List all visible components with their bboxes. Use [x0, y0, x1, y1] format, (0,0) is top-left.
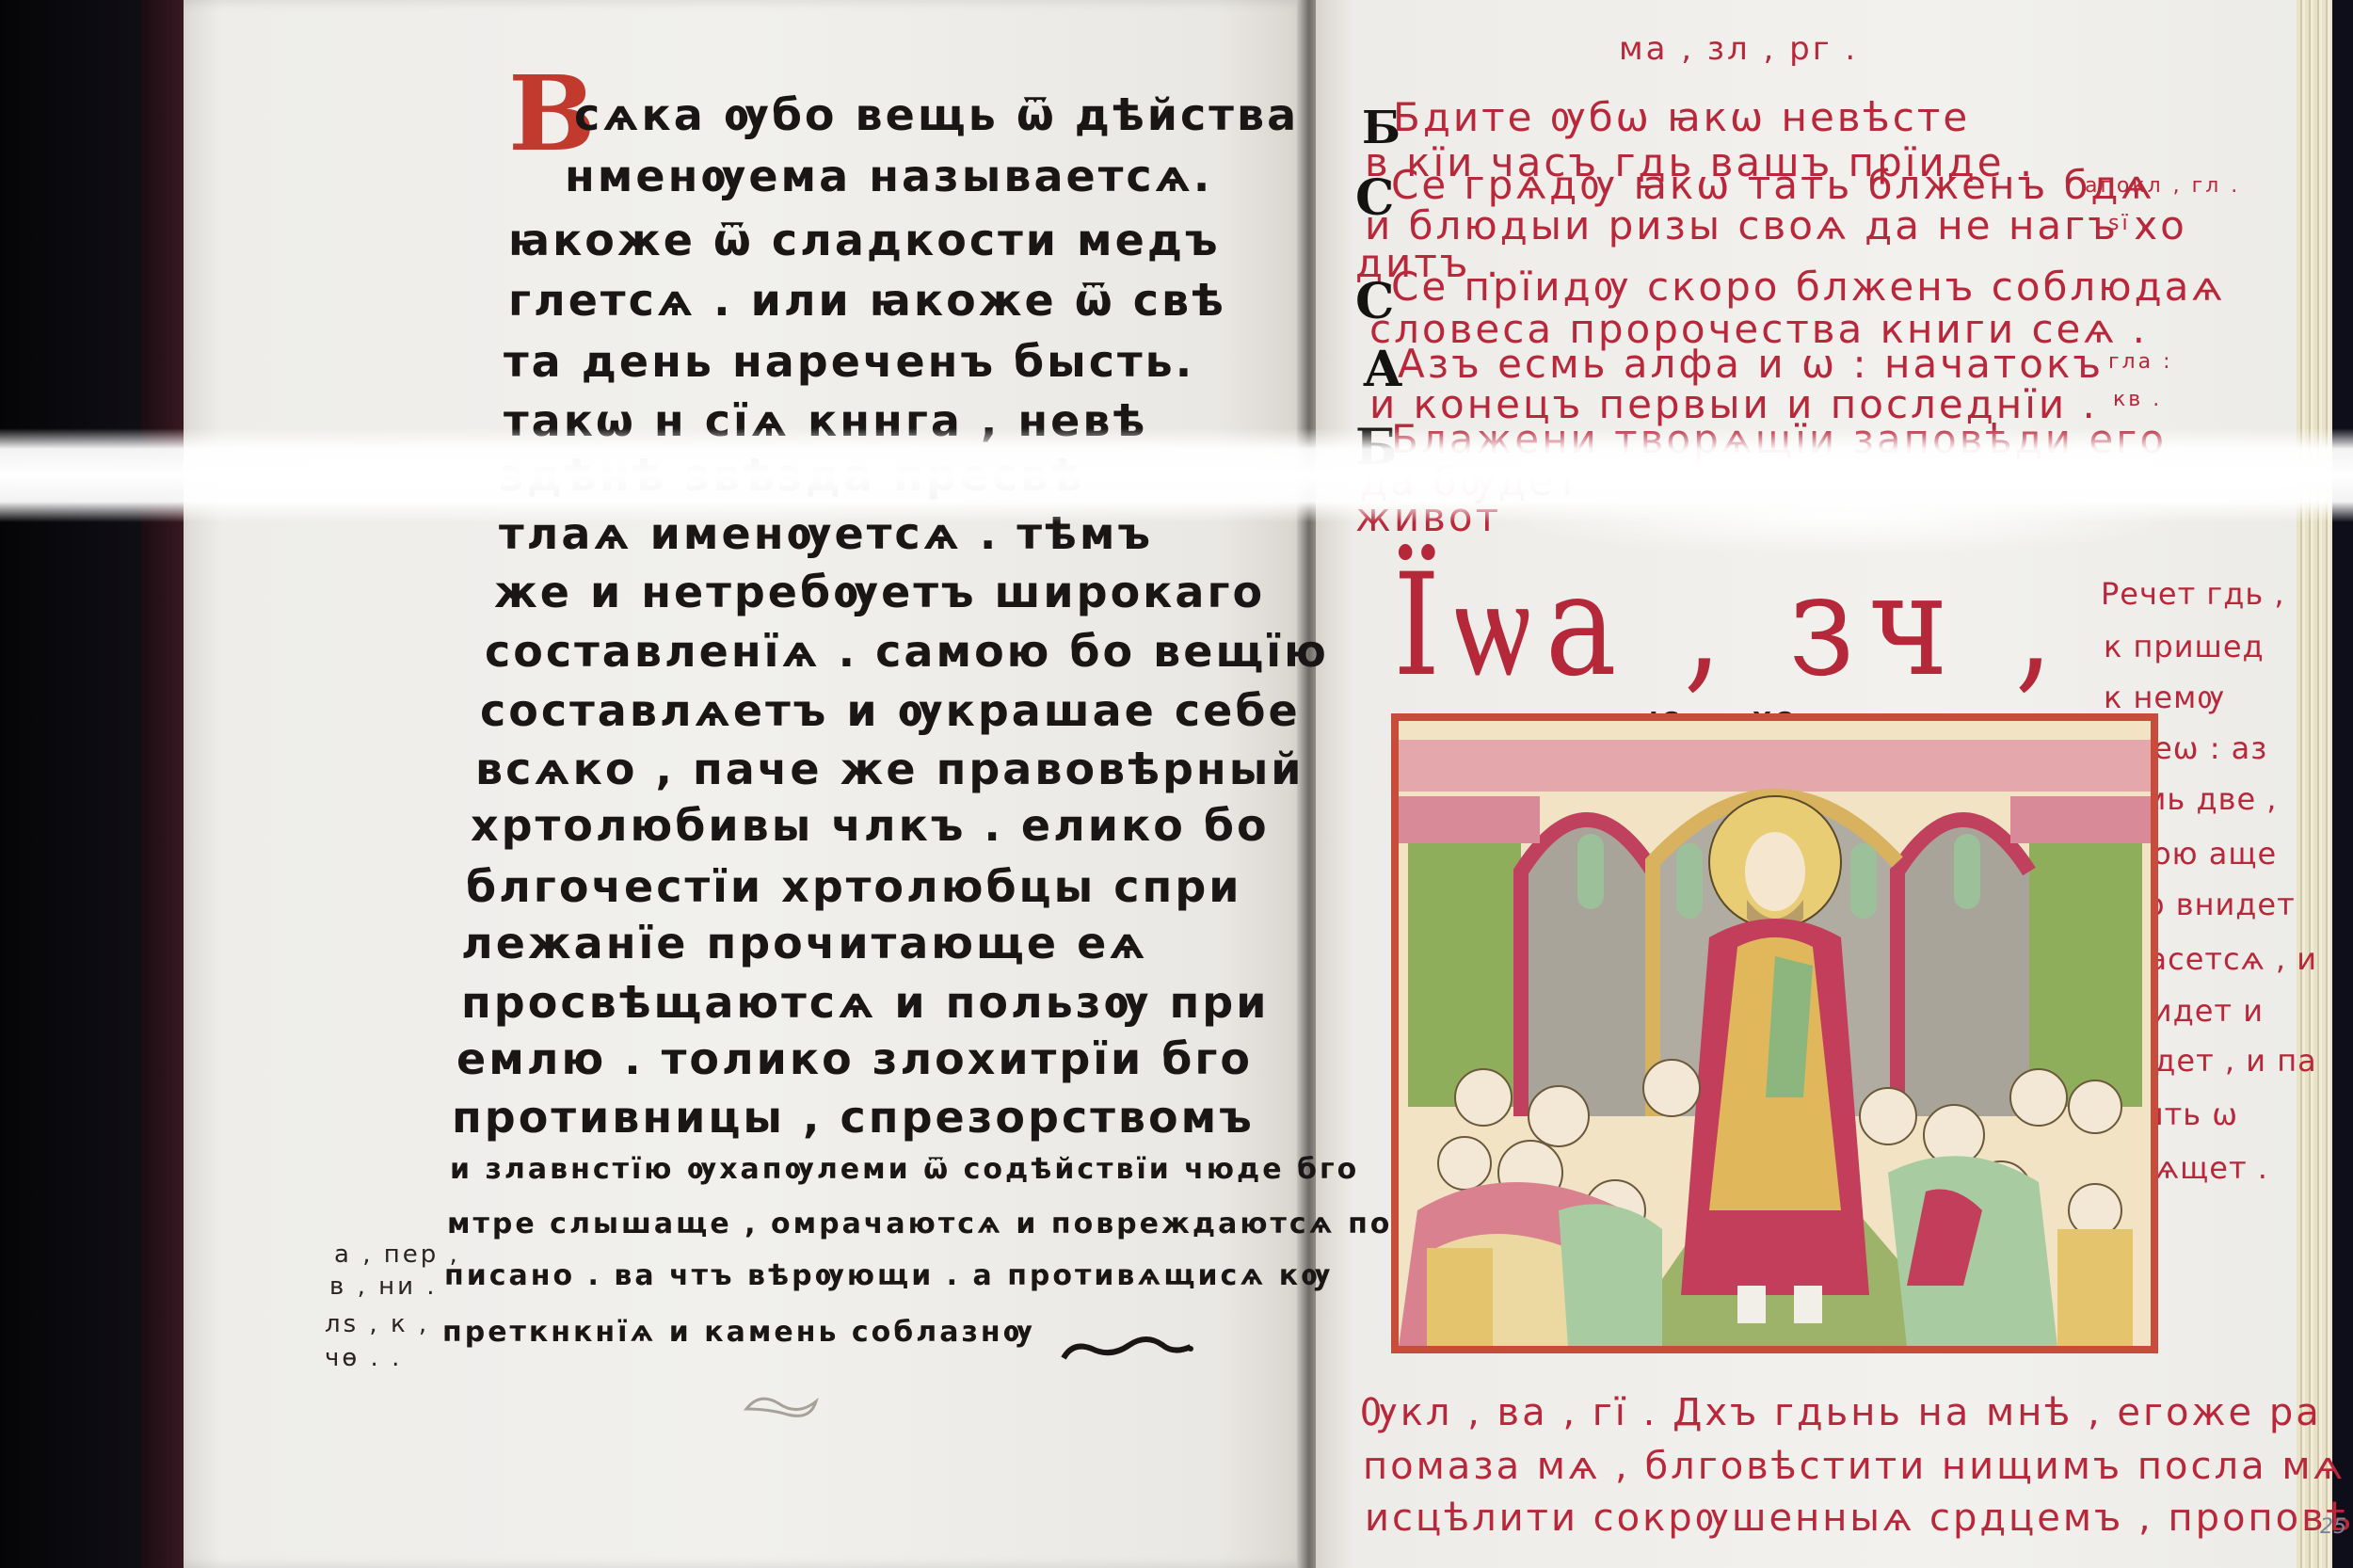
text-line: Бдите ѹбѡ ꙗкѡ невѣсте	[1393, 94, 1970, 140]
text-line: писано . ва чтъ вѣрѹющи . а противѧщисѧ …	[444, 1259, 1333, 1292]
text-line: такѡ н сїѧ кннга , невѣ	[504, 395, 1147, 446]
christ-preaching-painting-icon	[1399, 721, 2152, 1347]
right-dark-edge	[2332, 0, 2353, 1568]
text-line: нменѹема называетсѧ.	[565, 151, 1212, 201]
text-line: та день нареченъ бысть.	[504, 336, 1194, 387]
margin-note-line: ѕї ,	[2108, 212, 2150, 235]
margin-note-line: а , пер ,	[334, 1240, 460, 1269]
text-line: противницы , спрезорствомъ	[452, 1092, 1255, 1143]
text-line: составлѧетъ и ѹкрашае себе	[480, 685, 1301, 736]
text-line: помаза мѧ , блговѣстити нищимъ посла мѧ …	[1363, 1445, 2353, 1488]
manuscript-photo: В сѧка ѹбо вещь ѿ дѣйства нменѹема назыв…	[0, 0, 2353, 1568]
text-line: к пришед	[2104, 629, 2265, 664]
text-line: ꙗкоже ѿ сладкости медъ	[508, 215, 1221, 265]
text-line: мтре слышаще , омрачаютсѧ и повреждаютсѧ…	[447, 1208, 1392, 1240]
text-line: сѧка ѹбо вещь ѿ дѣйства	[574, 89, 1299, 140]
margin-note-line: кв .	[2113, 388, 2162, 411]
text-line: Речет гдь ,	[2101, 576, 2285, 612]
text-line: лежанїе прочитающе еѧ	[461, 918, 1148, 968]
text-line: составленїѧ . самою бо вещїю	[485, 626, 1329, 677]
text-line: преткнкнїѧ и камень соблазнѹ	[442, 1316, 1035, 1349]
text-line: Се прїидѹ скоро блженъ соблюдаѧ	[1391, 264, 2225, 310]
text-line: живот	[1355, 494, 1501, 540]
text-line: Азъ есмь алфа и ѡ : начатокъ	[1398, 341, 2104, 387]
tailpiece-ornament-icon	[1059, 1322, 1200, 1369]
text-line: глетсѧ . или ꙗкоже ѿ свѣ	[508, 275, 1226, 326]
text-line: просвѣщаютсѧ и пользѹ при	[461, 977, 1269, 1028]
text-line: емлю . толико злохитрїи бго	[456, 1033, 1253, 1084]
margin-note-line: в , ни .	[329, 1272, 438, 1301]
text-line: тлаѧ именѹетсѧ . тѣмъ	[499, 508, 1153, 559]
text-line: Се грѧдѹ ꙗкѡ тать блженъ бдѧ	[1391, 162, 2154, 208]
text-line: и злавнстїю ѹхапѹлеми ѿ содѣйствїи чюде …	[450, 1153, 1359, 1186]
text-line: блгочестїи хртолюбцы спри	[466, 861, 1241, 912]
margin-note-line: апокл , гл .	[2085, 174, 2240, 198]
text-line: здѣнѣ звѣзда пресвѣ	[499, 450, 1085, 501]
page-number: 25	[2320, 1515, 2346, 1539]
margin-note-line: гла :	[2108, 350, 2173, 374]
text-line: хртолюбивы члкъ . елико бо	[471, 800, 1270, 851]
text-line: исцѣлити сокрѹшенныѧ срдцемъ , проповѣда…	[1365, 1496, 2353, 1540]
text-line: Блажени творѧщїи заповѣди его	[1391, 416, 2167, 462]
text-line: к немѹ	[2104, 680, 2225, 715]
margin-note-line: лѕ , к ,	[325, 1310, 429, 1338]
text-line: всѧко , паче же правовѣрный	[475, 744, 1305, 794]
text-line: Ѹкл , ва , гї . Дхъ гдьнь на мнѣ , егоже…	[1360, 1391, 2322, 1434]
knot-ornament-icon	[739, 1388, 824, 1426]
margin-note-line: чѳ . .	[325, 1344, 402, 1372]
text-line: же и нетребѹетъ широкаго	[494, 567, 1265, 617]
chapter-reference-header: ма , зл , рг .	[1619, 30, 1858, 68]
miniature-illustration	[1391, 713, 2158, 1353]
